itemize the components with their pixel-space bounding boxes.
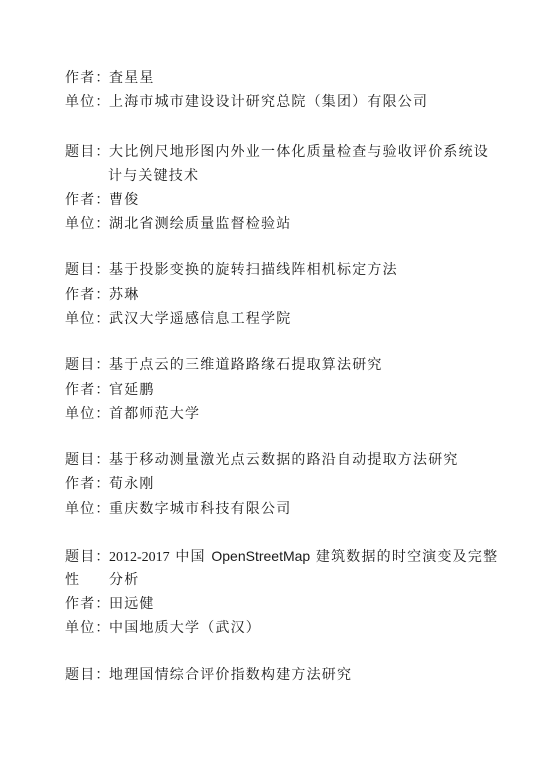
title-label: 题目：	[65, 547, 109, 567]
unit-label: 单位：	[65, 404, 109, 424]
entry-unit: 单位：中国地质大学（武汉）	[65, 618, 261, 638]
unit-label: 单位：	[65, 214, 109, 234]
author-name: 曹俊	[109, 192, 139, 208]
unit-name: 武汉大学遥感信息工程学院	[109, 311, 291, 327]
author-name: 田远健	[109, 596, 155, 612]
unit-name: 湖北省测绘质量监督检验站	[109, 216, 291, 232]
title-label: 题目：	[65, 142, 109, 162]
author-label: 作者：	[65, 285, 109, 305]
title-text: 基于投影变换的旋转扫描线阵相机标定方法	[109, 262, 398, 278]
entry-title: 题目：基于点云的三维道路路缘石提取算法研究	[65, 355, 383, 375]
unit-name: 中国地质大学（武汉）	[109, 620, 261, 636]
entry-author: 作者：田远健	[65, 594, 155, 614]
title-label: 题目：	[65, 450, 109, 470]
title-text: 分析	[109, 572, 139, 588]
author-label: 作者：	[65, 380, 109, 400]
author-name: 査星星	[109, 70, 155, 86]
entry-unit: 单位：首都师范大学	[65, 404, 200, 424]
author-name: 荀永刚	[109, 476, 155, 492]
unit-label: 单位：	[65, 92, 109, 112]
entry-unit: 单位：湖北省测绘质量监督检验站	[65, 214, 291, 234]
title-text: 基于点云的三维道路路缘石提取算法研究	[109, 357, 383, 373]
title-label: 题目：	[65, 260, 109, 280]
title-text-part: 中国	[170, 549, 212, 565]
entry-title-continuation: 计与关键技术	[108, 166, 199, 186]
author-name: 苏琳	[109, 287, 139, 303]
unit-name: 重庆数字城市科技有限公司	[109, 501, 291, 517]
entry-author: 作者：査星星	[65, 68, 155, 88]
entry-author: 作者：苏琳	[65, 285, 139, 305]
title-year-range: 2012-2017	[109, 550, 170, 565]
title-label: 题目：	[65, 355, 109, 375]
unit-name: 上海市城市建设设计研究总院（集团）有限公司	[109, 94, 428, 110]
title-text: 基于移动测量激光点云数据的路沿自动提取方法研究	[109, 452, 459, 468]
entry-title: 题目：大比例尺地形图内外业一体化质量检查与验收评价系统设	[65, 142, 489, 162]
title-wrap-prefix: 性	[65, 570, 109, 590]
author-label: 作者：	[65, 474, 109, 494]
title-label: 题目：	[65, 665, 109, 685]
entry-author: 作者：荀永刚	[65, 474, 155, 494]
entry-title: 题目：基于移动测量激光点云数据的路沿自动提取方法研究	[65, 450, 459, 470]
entry-unit: 单位：武汉大学遥感信息工程学院	[65, 309, 291, 329]
entry-title: 题目：地理国情综合评价指数构建方法研究	[65, 665, 352, 685]
author-label: 作者：	[65, 594, 109, 614]
title-text: 地理国情综合评价指数构建方法研究	[109, 667, 352, 683]
entry-title: 题目：基于投影变换的旋转扫描线阵相机标定方法	[65, 260, 398, 280]
entry-unit: 单位：上海市城市建设设计研究总院（集团）有限公司	[65, 92, 428, 112]
title-text-part: 建筑数据的时空演变及完整	[310, 549, 498, 565]
entry-unit: 单位：重庆数字城市科技有限公司	[65, 499, 291, 519]
entry-author: 作者：官延鹏	[65, 380, 155, 400]
entry-title: 题目：2012-2017 中国 OpenStreetMap 建筑数据的时空演变及…	[65, 546, 498, 566]
unit-label: 单位：	[65, 618, 109, 638]
author-label: 作者：	[65, 68, 109, 88]
title-text: 大比例尺地形图内外业一体化质量检查与验收评价系统设	[109, 144, 489, 160]
unit-name: 首都师范大学	[109, 406, 200, 422]
author-label: 作者：	[65, 190, 109, 210]
unit-label: 单位：	[65, 499, 109, 519]
author-name: 官延鹏	[109, 382, 155, 398]
title-osm: OpenStreetMap	[211, 548, 310, 564]
entry-title-continuation: 性分析	[65, 570, 139, 590]
entry-author: 作者：曹俊	[65, 190, 139, 210]
unit-label: 单位：	[65, 309, 109, 329]
